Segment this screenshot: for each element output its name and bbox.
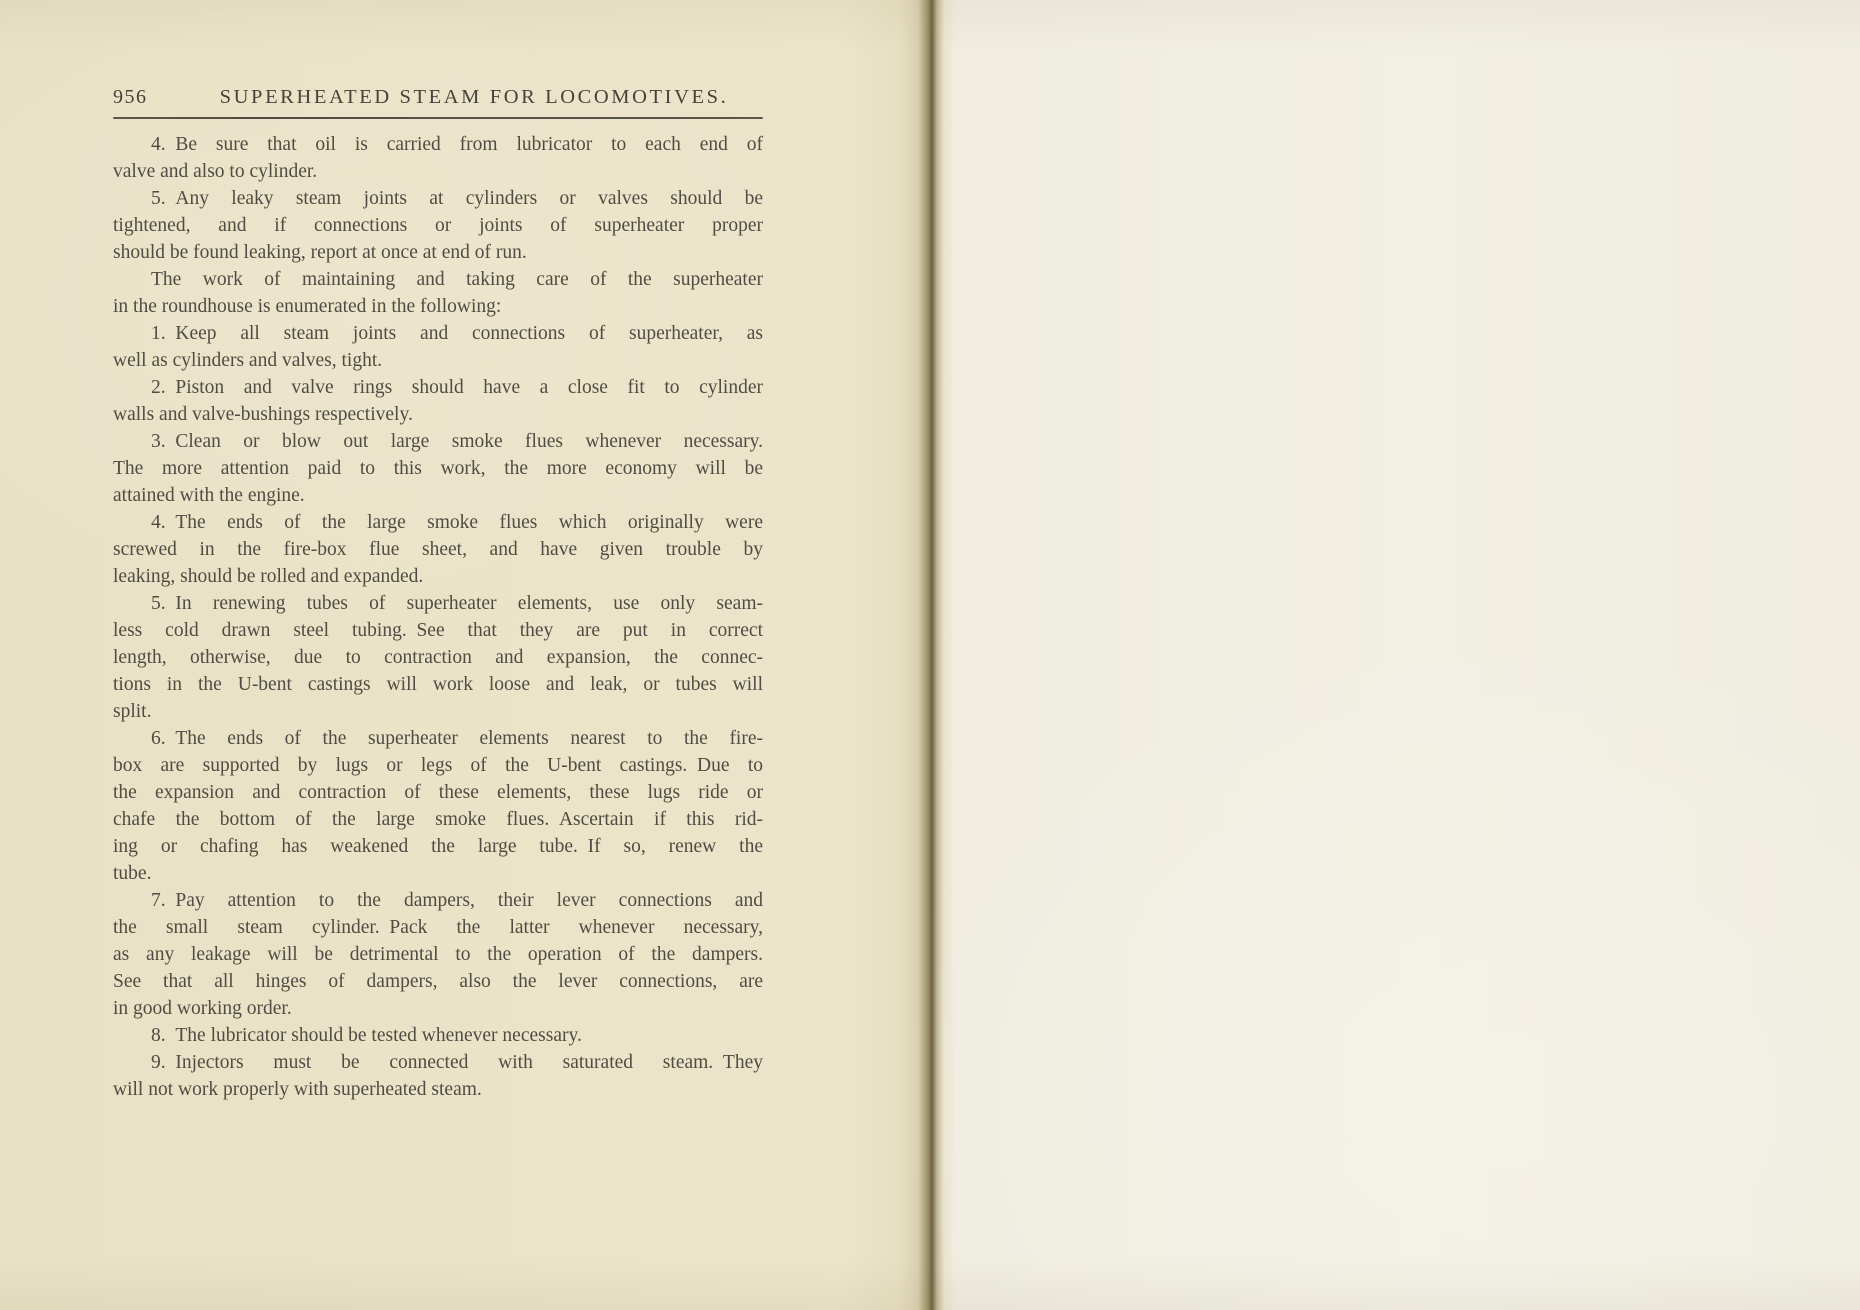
text-line: the expansion and contraction of these e… [113,779,763,806]
text-line: 7. Pay attention to the dampers, their l… [113,887,763,914]
text-line: tightened, and if connections or joints … [113,212,763,239]
text-line: 2. Piston and valve rings should have a … [113,374,763,401]
text-line: tube. [113,860,763,887]
text-line: The work of maintaining and taking care … [113,266,763,293]
left-page: 956 SUPERHEATED STEAM FOR LOCOMOTIVES. 4… [0,0,930,1310]
text-line: well as cylinders and valves, tight. [113,347,763,374]
text-line: walls and valve-bushings respectively. [113,401,763,428]
text-line: will not work properly with superheated … [113,1076,763,1103]
text-line: leaking, should be rolled and expanded. [113,563,763,590]
page-number: 956 [113,86,185,109]
text-line: See that all hinges of dampers, also the… [113,968,763,995]
text-line: 4. The ends of the large smoke flues whi… [113,509,763,536]
text-line: chafe the bottom of the large smoke flue… [113,806,763,833]
text-line: in good working order. [113,995,763,1022]
text-block: 4. Be sure that oil is carried from lubr… [113,131,763,1103]
text-line: box are supported by lugs or legs of the… [113,752,763,779]
right-page-blank [955,0,1860,1310]
text-line: 5. Any leaky steam joints at cylinders o… [113,185,763,212]
text-line: tions in the U-bent castings will work l… [113,671,763,698]
text-line: 9. Injectors must be connected with satu… [113,1049,763,1076]
text-line: attained with the engine. [113,482,763,509]
text-line: 5. In renewing tubes of superheater elem… [113,590,763,617]
text-line: in the roundhouse is enumerated in the f… [113,293,763,320]
text-line: valve and also to cylinder. [113,158,763,185]
text-line: length, otherwise, due to contraction an… [113,644,763,671]
text-line: should be found leaking, report at once … [113,239,763,266]
text-line: 4. Be sure that oil is carried from lubr… [113,131,763,158]
text-line: split. [113,698,763,725]
page-header: 956 SUPERHEATED STEAM FOR LOCOMOTIVES. [113,86,763,109]
text-line: less cold drawn steel tubing. See that t… [113,617,763,644]
text-line: screwed in the fire-box flue sheet, and … [113,536,763,563]
text-line: 1. Keep all steam joints and connections… [113,320,763,347]
text-line: 8. The lubricator should be tested whene… [113,1022,763,1049]
header-rule [113,117,763,119]
text-line: as any leakage will be detrimental to th… [113,941,763,968]
text-line: ing or chafing has weakened the large tu… [113,833,763,860]
text-line: The more attention paid to this work, th… [113,455,763,482]
text-line: the small steam cylinder. Pack the latte… [113,914,763,941]
text-line: 6. The ends of the superheater elements … [113,725,763,752]
running-title: SUPERHEATED STEAM FOR LOCOMOTIVES. [185,86,763,109]
book-spread: 956 SUPERHEATED STEAM FOR LOCOMOTIVES. 4… [0,0,1860,1310]
text-line: 3. Clean or blow out large smoke flues w… [113,428,763,455]
